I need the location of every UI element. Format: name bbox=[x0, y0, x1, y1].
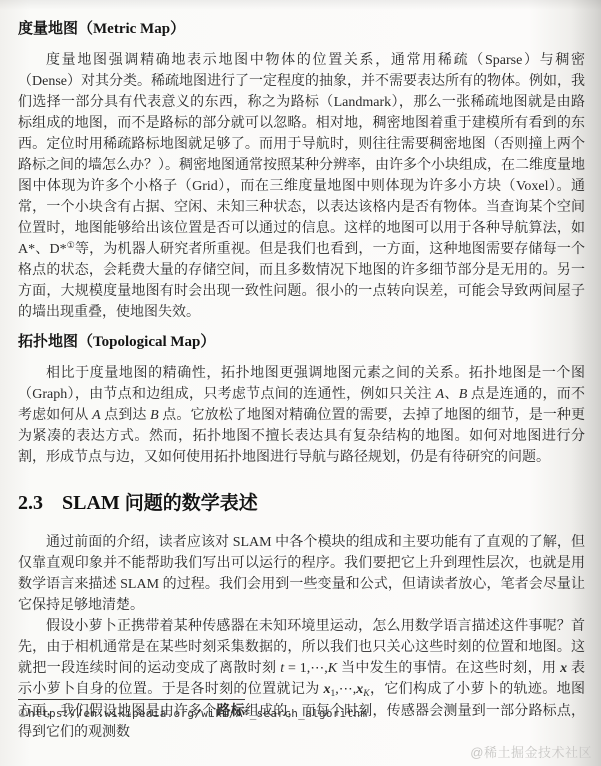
heading-topological-en: Topological Map bbox=[93, 334, 200, 350]
text-run: 通过前面的介绍，读者应该对 SLAM 中各个模块的组成和主要功能有了直观的了解，… bbox=[18, 535, 585, 613]
heading-metric-en: Metric Map bbox=[93, 21, 170, 37]
footnote-url: https://en.wikipedia.org/wiki/A*_search_… bbox=[28, 707, 367, 720]
math-var-A: A bbox=[436, 387, 445, 402]
text-run: 点到达 bbox=[101, 408, 150, 423]
section-number: 2.3 bbox=[18, 492, 43, 514]
text-run: 等，为机器人研究者所重视。但是我们也看到，一方面，这种地图需要存储每一个格点的状… bbox=[18, 242, 585, 320]
footnote-ref-marker: ① bbox=[67, 240, 75, 250]
text-run: ,⋯, bbox=[335, 682, 356, 697]
footnote: ①https://en.wikipedia.org/wiki/A*_search… bbox=[18, 699, 578, 720]
section-heading-2-3: 2.3SLAM问题的数学表述 bbox=[18, 485, 585, 517]
paragraph-slam-math: 假设小萝卜正携带着某种传感器在未知环境里运动，怎么用数学语言描述这件事呢？首先，… bbox=[18, 616, 585, 743]
text-run: = 1,⋯, bbox=[284, 661, 328, 676]
heading-topological-zh-close: ） bbox=[200, 333, 215, 350]
footnote-text: ①https://en.wikipedia.org/wiki/A*_search… bbox=[18, 707, 578, 720]
math-var-A: A bbox=[92, 408, 101, 423]
footnote-rule bbox=[18, 699, 245, 700]
section-title-en: SLAM bbox=[62, 492, 120, 514]
math-var-B: B bbox=[150, 408, 159, 423]
watermark: @稀土掘金技术社区 bbox=[470, 742, 592, 761]
paragraph-slam-intro: 通过前面的介绍，读者应该对 SLAM 中各个模块的组成和主要功能有了直观的了解，… bbox=[18, 532, 585, 616]
heading-metric-zh-open: 度量地图（ bbox=[18, 20, 93, 37]
heading-topological-map: 拓扑地图（Topological Map） bbox=[18, 332, 585, 352]
footnote-marker: ① bbox=[18, 707, 28, 720]
heading-metric-map: 度量地图（Metric Map） bbox=[18, 19, 585, 39]
heading-metric-zh-close: ） bbox=[170, 20, 185, 37]
math-var-K: K bbox=[328, 661, 337, 676]
paragraph-topological-map: 相比于度量地图的精确性，拓扑地图更强调地图元素之间的关系。拓扑地图是一个图（Gr… bbox=[18, 363, 585, 468]
math-var-B: B bbox=[459, 387, 468, 402]
section-title-zh: 问题的数学表述 bbox=[125, 493, 258, 514]
text-run: 度量地图强调精确地表示地图中物体的位置关系，通常用稀疏（Sparse）与稠密（D… bbox=[18, 53, 585, 257]
text-run: 、 bbox=[444, 387, 459, 402]
book-page: 度量地图（Metric Map） 度量地图强调精确地表示地图中物体的位置关系，通… bbox=[0, 0, 601, 766]
text-run: 当中发生的事情。在这些时刻，用 bbox=[337, 661, 560, 676]
heading-topological-zh-open: 拓扑地图（ bbox=[18, 333, 93, 350]
paragraph-metric-map: 度量地图强调精确地表示地图中物体的位置关系，通常用稀疏（Sparse）与稠密（D… bbox=[18, 50, 585, 323]
